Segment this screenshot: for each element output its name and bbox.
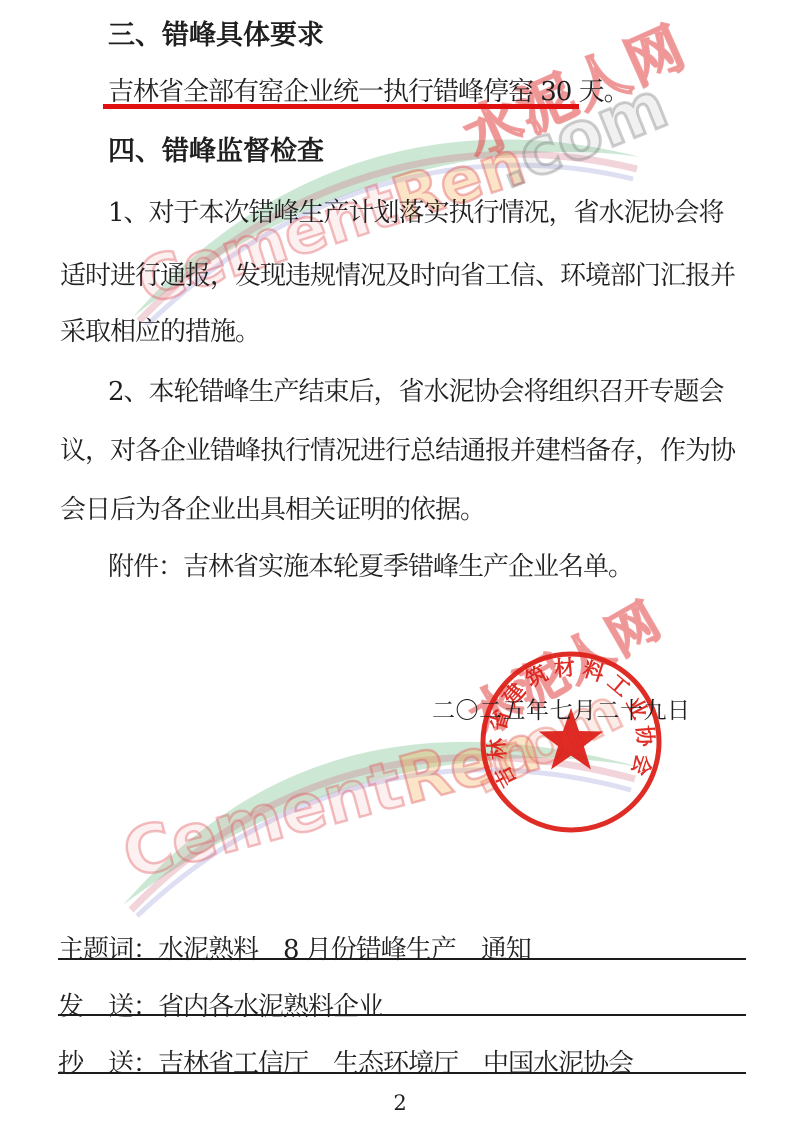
footer-cc-line: 抄 送：吉林省工信厅 生态环境厅 中国水泥协会	[58, 1043, 746, 1074]
paragraph-line: 会日后为各企业出具相关证明的依据。	[60, 489, 485, 526]
document-page: CementRen .com 水泥人网 CementRen .com 水泥人网 …	[0, 0, 800, 1129]
paragraph-line: 1、对于本次错峰生产计划落实执行情况，省水泥协会将	[108, 192, 724, 229]
page-number: 2	[0, 1091, 800, 1115]
red-underline	[103, 104, 579, 109]
section-3-heading: 三、错峰具体要求	[108, 13, 324, 52]
section-3-body-line: 吉林省全部有窑企业统一执行错峰停窑 30 天。	[108, 71, 629, 108]
paragraph-line: 采取相应的措施。	[60, 311, 260, 348]
footer-subject-line: 主题词：水泥熟料 8 月份错峰生产 通知	[58, 929, 746, 960]
attachment-line: 附件：吉林省实施本轮夏季错峰生产企业名单。	[108, 546, 633, 583]
footer-send-line: 发 送：省内各水泥熟料企业	[58, 986, 746, 1016]
paragraph-line: 议，对各企业错峰执行情况进行总结通报并建档备存，作为协	[60, 430, 735, 467]
paragraph-line: 适时进行通报，发现违规情况及时向省工信、环境部门汇报并	[60, 255, 735, 292]
section-4-heading: 四、错峰监督检查	[108, 129, 324, 168]
date-line: 二〇二五年七月二十九日	[432, 692, 691, 725]
official-seal: 吉林省建筑材料工业协会	[479, 650, 663, 834]
paragraph-line: 2、本轮错峰生产结束后，省水泥协会将组织召开专题会	[108, 371, 724, 408]
